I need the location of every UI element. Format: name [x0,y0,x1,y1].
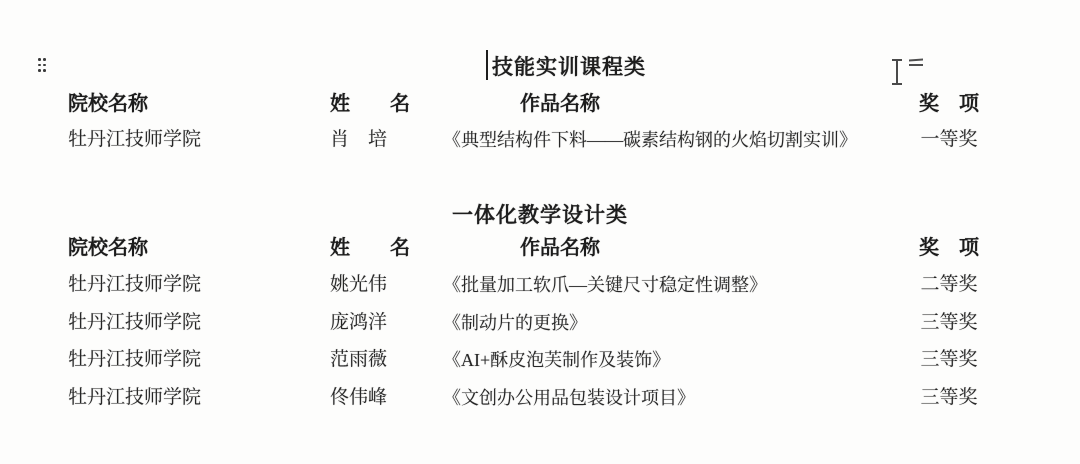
table-row: 牡丹江技师学院 佟伟峰 《文创办公用品包装设计项目》 三等奖 [0,385,1080,411]
table-header-row: 院校名称 姓 名 作品名称 奖 项 [0,235,1080,261]
cell-work: 《制动片的更换》 [443,310,873,336]
header-award: 奖 项 [873,235,1025,261]
cell-award: 一等奖 [873,127,1025,153]
cell-work: 《批量加工软爪—关键尺寸稳定性调整》 [443,272,873,298]
section-title-text: 技能实训课程类 [492,55,646,79]
cell-school: 牡丹江技师学院 [68,272,330,298]
header-school: 院校名称 [68,235,330,261]
cell-work: 《文创办公用品包装设计项目》 [443,385,873,411]
cell-school: 牡丹江技师学院 [68,310,330,336]
cell-name: 肖 培 [330,127,443,153]
cell-school: 牡丹江技师学院 [68,347,330,373]
cell-school: 牡丹江技师学院 [68,127,330,153]
header-name: 姓 名 [330,91,443,117]
table-row: 牡丹江技师学院 庞鸿洋 《制动片的更换》 三等奖 [0,310,1080,336]
table-row: 牡丹江技师学院 肖 培 《典型结构件下料——碳素结构钢的火焰切割实训》 一等奖 [0,127,1080,153]
text-caret [486,50,488,80]
section-title: 一体化教学设计类 [0,199,1080,229]
header-school: 院校名称 [68,91,330,117]
cell-award: 三等奖 [873,347,1025,373]
cell-name: 姚光伟 [330,272,443,298]
cell-award: 三等奖 [873,310,1025,336]
document-page: 技能实训课程类 院校名称 姓 名 作品名称 奖 项 牡丹江技师学院 肖 培 《典… [0,0,1080,464]
cell-award: 三等奖 [873,385,1025,411]
header-name: 姓 名 [330,235,443,261]
header-award: 奖 项 [873,91,1025,117]
cell-award: 二等奖 [873,272,1025,298]
cell-name: 佟伟峰 [330,385,443,411]
header-work: 作品名称 [443,91,873,117]
cell-work: 《AI+酥皮泡芙制作及装饰》 [443,347,873,373]
cell-work: 《典型结构件下料——碳素结构钢的火焰切割实训》 [443,127,873,153]
cell-name: 庞鸿洋 [330,310,443,336]
cell-school: 牡丹江技师学院 [68,385,330,411]
table-header-row: 院校名称 姓 名 作品名称 奖 项 [0,91,1080,117]
table-row: 牡丹江技师学院 范雨薇 《AI+酥皮泡芙制作及装饰》 三等奖 [0,347,1080,373]
section-title: 技能实训课程类 [0,50,1080,81]
section-title-text: 一体化教学设计类 [452,203,628,227]
table-row: 牡丹江技师学院 姚光伟 《批量加工软爪—关键尺寸稳定性调整》 二等奖 [0,272,1080,298]
header-work: 作品名称 [443,235,873,261]
cell-name: 范雨薇 [330,347,443,373]
